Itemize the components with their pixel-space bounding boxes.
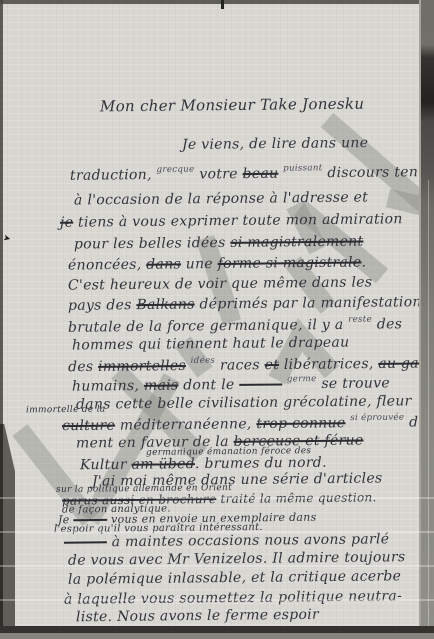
handwritten-text: dans cette belle civilisation grécolatin… <box>76 393 412 413</box>
manuscript-line: à laquelle vous soumettez la politique n… <box>64 588 402 608</box>
handwritten-text: . <box>361 254 366 270</box>
manuscript-line: la polémique inlassable, et la critique … <box>68 568 401 587</box>
handwritten-text: hommes qui tiennent haut le drapeau <box>72 335 350 354</box>
handwritten-text: des <box>372 316 402 332</box>
inserted-text: grecque <box>156 165 194 175</box>
struck-text: ——— <box>64 534 107 550</box>
handwritten-text: se trouve <box>317 375 390 392</box>
manuscript-line: énoncées, dans une forme si magistrale. <box>68 254 366 273</box>
struck-text: dans <box>146 256 181 272</box>
struck-text: trop connue <box>256 415 345 432</box>
handwritten-text: à l'occasion de la réponse à l'adresse e… <box>74 189 368 208</box>
handwritten-text: à laquelle vous soumettez la politique n… <box>64 588 402 608</box>
handwritten-text: déprimés par la manifestation <box>195 294 422 312</box>
struck-text: et <box>264 357 279 373</box>
scan-streak <box>0 565 434 567</box>
handwritten-text: liste. Nous avons le ferme espoir <box>76 607 319 626</box>
struck-text: culture <box>62 418 115 435</box>
manuscript: Mon cher Monsieur Take Jonesku Je viens,… <box>0 0 434 639</box>
scan-edge-left <box>0 0 3 440</box>
struck-text: ——— <box>239 376 282 392</box>
scan-top-tick-mark <box>221 0 224 9</box>
handwritten-text: libératrices, <box>279 356 378 373</box>
handwritten-text: . brumes du nord. <box>195 455 327 472</box>
handwritten-text: la polémique inlassable, et la critique … <box>68 568 401 587</box>
manuscript-line: C'est heureux de voir que même dans les <box>68 274 372 293</box>
manuscript-line: hommes qui tiennent haut le drapeau <box>72 335 350 354</box>
manuscript-line: liste. Nous avons le ferme espoir <box>76 607 319 626</box>
handwritten-text: pays des <box>68 297 137 314</box>
manuscript-line: pays des Balkans déprimés par la manifes… <box>68 294 422 314</box>
inserted-text: si éprouvée <box>350 413 404 424</box>
letter-scan-page: Mon cher Monsieur Take Jonesku Je viens,… <box>0 0 434 639</box>
inserted-text: puissant <box>283 163 323 173</box>
handwritten-text: Kultur <box>80 457 132 474</box>
manuscript-line: à l'occasion de la réponse à l'adresse e… <box>74 189 368 208</box>
handwritten-text: votre <box>195 166 243 183</box>
manuscript-line: des immortelles idées races et libératri… <box>68 353 434 375</box>
inserted-text: idées <box>191 356 216 366</box>
manuscript-line: je tiens à vous exprimer toute mon admir… <box>60 211 403 231</box>
manuscript-line: culture méditerranéenne, trop connue si … <box>62 412 434 434</box>
struck-text: Balkans <box>136 297 194 314</box>
manuscript-line: pour les belles idées si magistralement <box>74 233 364 252</box>
handwritten-text: discours tenu <box>323 164 428 181</box>
handwritten-text: humains, <box>72 378 144 395</box>
handwritten-text: une <box>181 256 218 272</box>
struck-text: si magistralement <box>230 233 363 250</box>
handwritten-text: dont le <box>178 377 239 394</box>
struck-text: immortelles <box>98 358 186 375</box>
handwritten-text: pour les belles idées <box>74 235 230 253</box>
handwritten-text: des <box>68 359 98 375</box>
scan-edge-bottom-below <box>0 633 434 639</box>
scan-streak <box>0 599 434 601</box>
handwritten-text: méditerranéenne, <box>115 416 256 433</box>
struck-text: am übed <box>131 456 195 473</box>
scan-edge-right <box>419 0 434 639</box>
handwritten-text: tiens à vous exprimer toute mon admirati… <box>73 211 403 230</box>
salutation-line: Mon cher Monsieur Take Jonesku <box>100 95 364 116</box>
inserted-text: reste <box>348 315 372 325</box>
struck-text: beau <box>242 166 278 182</box>
handwritten-text: C'est heureux de voir que même dans les <box>68 274 372 293</box>
handwritten-text: races <box>215 357 265 374</box>
handwritten-text: brutale de la force germanique, il y a <box>68 317 348 336</box>
manuscript-line: Je viens, de lire dans une <box>182 135 368 153</box>
scan-streak <box>0 531 434 533</box>
struck-text: je <box>60 215 73 231</box>
manuscript-line: ——— à maintes occasions nous avons parlé <box>64 531 389 550</box>
struck-text: forme si magistrale <box>218 254 362 272</box>
manuscript-line: immortelle de la <box>26 405 106 416</box>
struck-text: mais <box>144 378 179 394</box>
handwritten-text: énoncées, <box>68 257 146 274</box>
inserted-text: germe <box>287 374 317 384</box>
scan-streak <box>0 497 434 499</box>
manuscript-line: traduction, grecque votre beau puissant … <box>70 162 428 184</box>
scan-edge-right-highlight <box>428 180 429 639</box>
handwritten-text: Je viens, de lire dans une <box>182 135 368 153</box>
handwritten-text: immortelle de la <box>26 405 106 416</box>
manuscript-line: dans cette belle civilisation grécolatin… <box>76 393 412 413</box>
scan-edge-top <box>0 0 434 4</box>
scan-edge-bottom <box>0 626 434 633</box>
handwritten-text: à maintes occasions nous avons parlé <box>107 531 390 550</box>
handwritten-text: traduction, <box>70 167 157 184</box>
manuscript-line: brutale de la force germanique, il y a r… <box>68 314 402 335</box>
manuscript-line: humains, mais dont le ——— germe se trouv… <box>72 373 390 394</box>
